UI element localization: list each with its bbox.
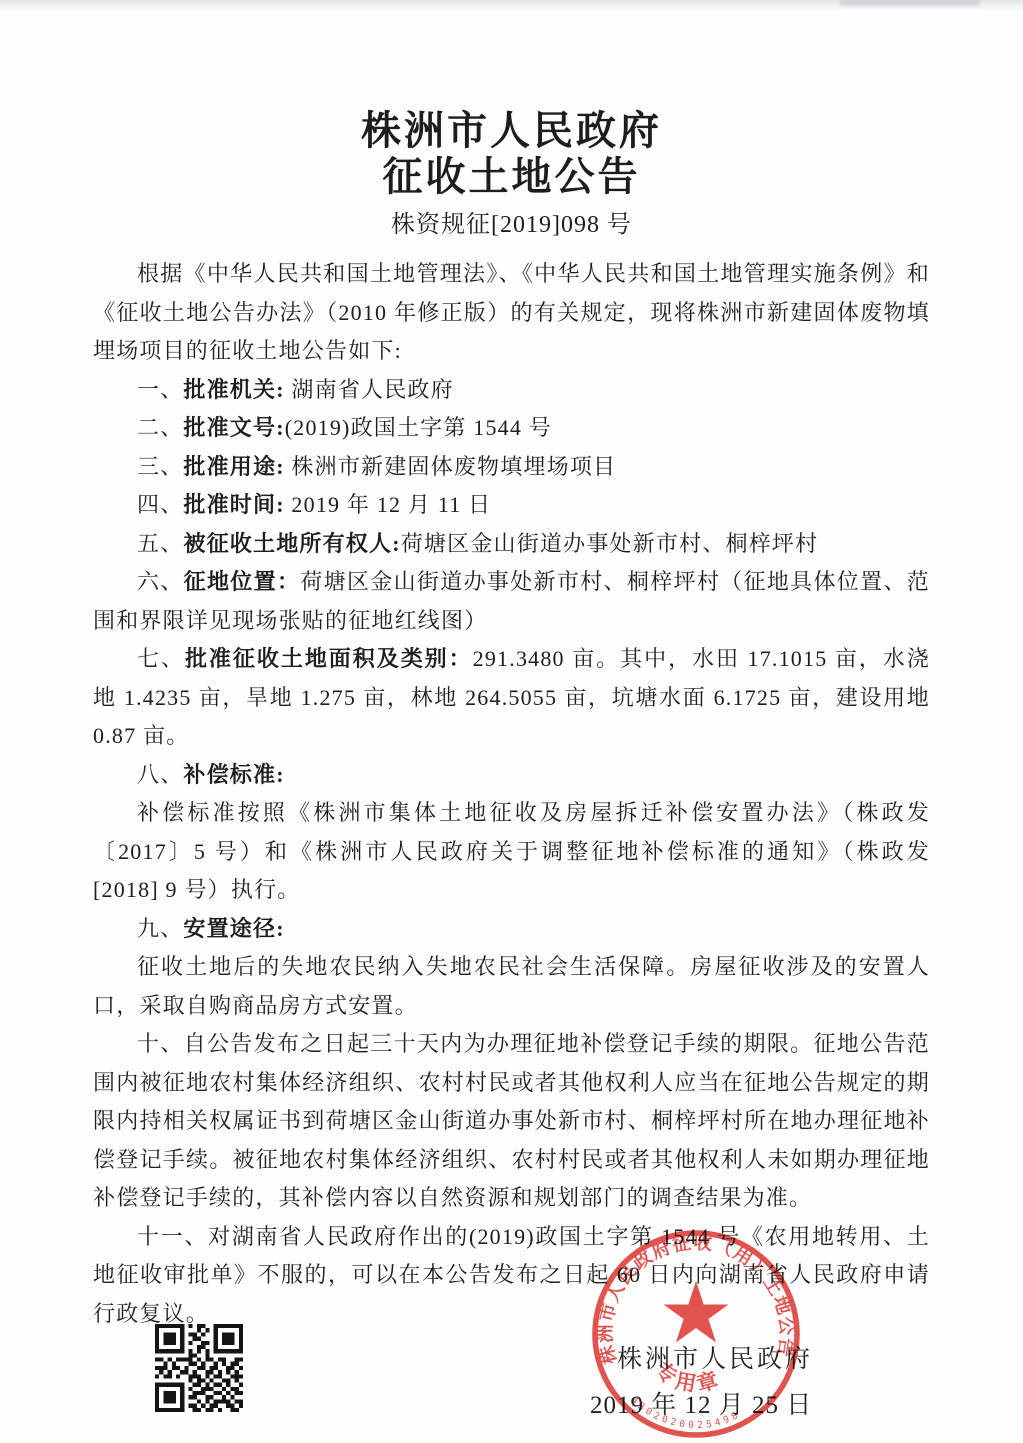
item-approving-authority: 一、批准机关: 湖南省人民政府 bbox=[93, 371, 930, 410]
document-number: 株资规征[2019]098 号 bbox=[0, 210, 1023, 240]
paragraph-text: 十一、对湖南省人民政府作出的(2019)政国土字第 1544 号《农用地转用、土… bbox=[93, 1224, 930, 1326]
item-number: 六、 bbox=[137, 569, 184, 594]
item-label: 征地位置： bbox=[184, 569, 301, 594]
page-subtitle: 征收土地公告 bbox=[0, 154, 1023, 200]
item-number: 一、 bbox=[137, 377, 183, 402]
seal-star-icon bbox=[664, 1281, 729, 1343]
seal-serial-number: 4302020025498 bbox=[629, 1395, 743, 1431]
item-value: (2019)政国土字第 1544 号 bbox=[285, 415, 552, 440]
official-seal: 株洲市人民政府征收（用）土地公告 专用章 4302020025498 bbox=[588, 1226, 804, 1442]
seal-bottom-text: 专用章 bbox=[650, 1357, 724, 1396]
item-number: 八、 bbox=[137, 762, 183, 787]
item-land-area: 七、批准征收土地面积及类别：291.3480 亩。其中，水田 17.1015 亩… bbox=[93, 640, 930, 756]
paragraph-text: 补偿标准按照《株洲市集体土地征收及房屋拆迁补偿安置办法》（株政发〔2017〕5 … bbox=[93, 800, 930, 902]
svg-text:专用章: 专用章 bbox=[650, 1357, 724, 1396]
item-value: 株洲市新建固体废物填埋场项目 bbox=[285, 454, 617, 479]
document-body: 根据《中华人民共和国土地管理法》、《中华人民共和国土地管理实施条例》和《征收土地… bbox=[93, 255, 930, 1333]
item-approval-date: 四、批准时间: 2019 年 12 月 11 日 bbox=[93, 486, 930, 525]
qr-code bbox=[155, 1324, 243, 1412]
scanned-announcement-page: 株洲市人民政府 征收土地公告 株资规征[2019]098 号 根据《中华人民共和… bbox=[0, 0, 1023, 1443]
item-label: 补偿标准: bbox=[183, 762, 284, 787]
item-label: 批准时间: bbox=[183, 492, 284, 517]
item-value: 2019 年 12 月 11 日 bbox=[285, 492, 492, 517]
item-label: 批准机关: bbox=[183, 377, 284, 402]
item-number: 二、 bbox=[137, 415, 183, 440]
svg-text:4302020025498: 4302020025498 bbox=[629, 1395, 743, 1431]
item-number: 七、 bbox=[137, 646, 185, 671]
item-approved-use: 三、批准用途: 株洲市新建固体废物填埋场项目 bbox=[93, 448, 930, 487]
item-label: 批准文号: bbox=[183, 415, 284, 440]
item-resettlement-heading: 九、安置途径: bbox=[93, 910, 930, 949]
page-title: 株洲市人民政府 bbox=[0, 108, 1023, 154]
compensation-standard-paragraph: 补偿标准按照《株洲市集体土地征收及房屋拆迁补偿安置办法》（株政发〔2017〕5 … bbox=[93, 794, 930, 910]
item-land-location: 六、征地位置：荷塘区金山街道办事处新市村、桐梓坪村（征地具体位置、范围和界限详见… bbox=[93, 563, 930, 640]
item-number: 三、 bbox=[137, 454, 183, 479]
item-label: 被征收土地所有权人: bbox=[183, 531, 400, 556]
item-compensation-standard-heading: 八、补偿标准: bbox=[93, 756, 930, 795]
item-number: 五、 bbox=[137, 531, 183, 556]
document-header: 株洲市人民政府 征收土地公告 株资规征[2019]098 号 bbox=[0, 0, 1023, 240]
item-value: 荷塘区金山街道办事处新市村、桐梓坪村 bbox=[401, 531, 819, 556]
registration-deadline-paragraph: 十、自公告发布之日起三十天内为办理征地补偿登记手续的期限。征地公告范围内被征地农… bbox=[93, 1025, 930, 1218]
intro-text: 根据《中华人民共和国土地管理法》、《中华人民共和国土地管理实施条例》和《征收土地… bbox=[93, 261, 930, 363]
item-number: 四、 bbox=[137, 492, 183, 517]
item-label: 安置途径: bbox=[183, 916, 284, 941]
intro-paragraph: 根据《中华人民共和国土地管理法》、《中华人民共和国土地管理实施条例》和《征收土地… bbox=[93, 255, 930, 371]
item-label: 批准用途: bbox=[183, 454, 284, 479]
resettlement-paragraph: 征收土地后的失地农民纳入失地农民社会生活保障。房屋征收涉及的安置人口，采取自购商… bbox=[93, 948, 930, 1025]
paragraph-text: 十、自公告发布之日起三十天内为办理征地补偿登记手续的期限。征地公告范围内被征地农… bbox=[93, 1031, 930, 1210]
item-number: 九、 bbox=[137, 916, 183, 941]
item-label: 批准征收土地面积及类别： bbox=[185, 646, 473, 671]
item-value: 湖南省人民政府 bbox=[285, 377, 454, 402]
item-approval-doc-number: 二、批准文号:(2019)政国土字第 1544 号 bbox=[93, 409, 930, 448]
item-land-owners: 五、被征收土地所有权人:荷塘区金山街道办事处新市村、桐梓坪村 bbox=[93, 525, 930, 564]
paragraph-text: 征收土地后的失地农民纳入失地农民社会生活保障。房屋征收涉及的安置人口，采取自购商… bbox=[93, 954, 930, 1018]
administrative-review-paragraph: 十一、对湖南省人民政府作出的(2019)政国土字第 1544 号《农用地转用、土… bbox=[93, 1218, 930, 1334]
